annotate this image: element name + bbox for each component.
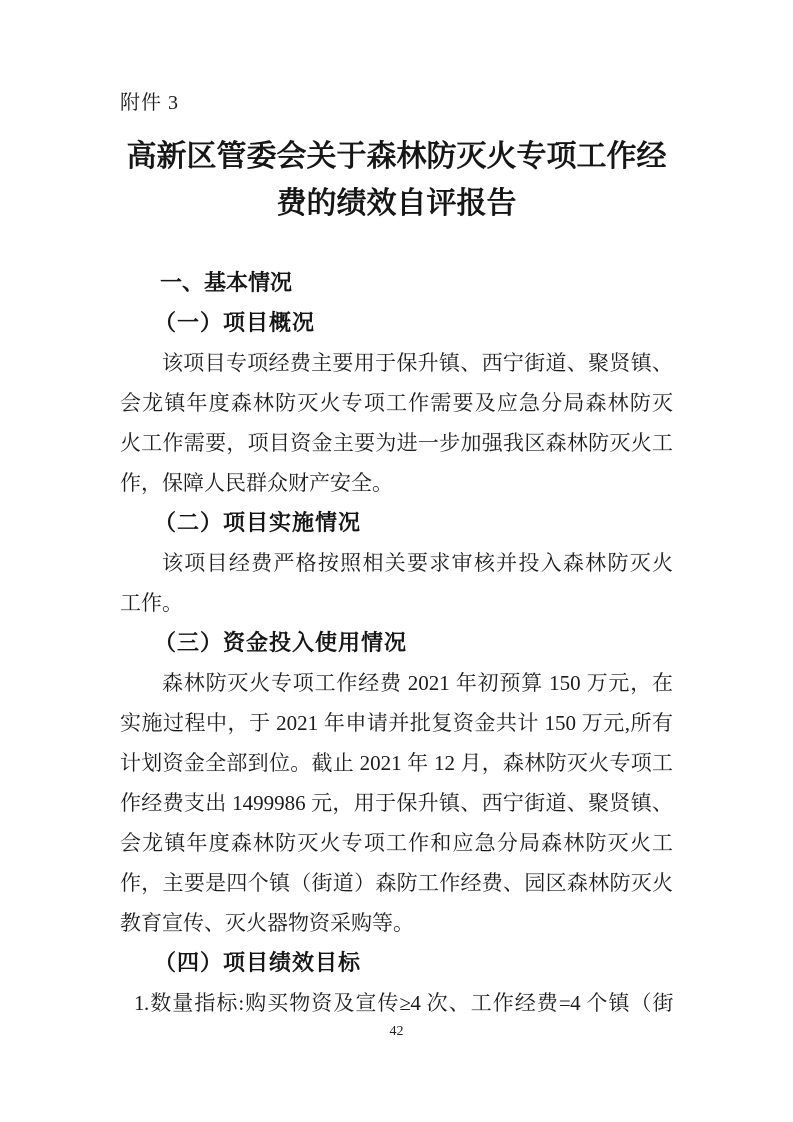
document-title-line-2: 费的绩效自评报告: [60, 180, 733, 227]
paragraph-line: 火工作需要，项目资金主要为进一步加强我区森林防灭火工: [120, 423, 673, 463]
paragraph-line: 会龙镇年度森林防灭火专项工作需要及应急分局森林防灭: [120, 383, 673, 423]
paragraph-line: 作，保障人民群众财产安全。: [120, 463, 673, 503]
paragraph-line: 计划资金全部到位。截止 2021 年 12 月，森林防灭火专项工: [120, 743, 673, 783]
subsection-heading: （四）项目绩效目标: [120, 943, 673, 983]
attachment-label: 附件 3: [120, 88, 179, 118]
page-number: 42: [0, 1022, 793, 1042]
paragraph-line: 该项目专项经费主要用于保升镇、西宁街道、聚贤镇、: [120, 343, 673, 383]
paragraph-line: 会龙镇年度森林防灭火专项工作和应急分局森林防灭火工: [120, 823, 673, 863]
document-title-line-1: 高新区管委会关于森林防灭火专项工作经: [60, 133, 733, 180]
subsection-heading: （一）项目概况: [120, 303, 673, 343]
document-title: 高新区管委会关于森林防灭火专项工作经 费的绩效自评报告: [60, 133, 733, 227]
paragraph-line: 森林防灭火专项工作经费 2021 年初预算 150 万元，在: [120, 663, 673, 703]
paragraph-line: 1.数量指标:购买物资及宣传≥4 次、工作经费=4 个镇（街: [120, 983, 673, 1023]
paragraph-line: 作经费支出 1499986 元，用于保升镇、西宁街道、聚贤镇、: [120, 783, 673, 823]
document-body: 一、基本情况（一）项目概况该项目专项经费主要用于保升镇、西宁街道、聚贤镇、会龙镇…: [120, 263, 673, 1023]
subsection-heading: （二）项目实施情况: [120, 503, 673, 543]
paragraph-line: 教育宣传、灭火器物资采购等。: [120, 903, 673, 943]
paragraph-line: 工作。: [120, 583, 673, 623]
paragraph-line: 该项目经费严格按照相关要求审核并投入森林防灭火: [120, 543, 673, 583]
document-page: 附件 3 高新区管委会关于森林防灭火专项工作经 费的绩效自评报告 一、基本情况（…: [0, 0, 793, 1122]
paragraph-line: 实施过程中，于 2021 年申请并批复资金共计 150 万元,所有: [120, 703, 673, 743]
subsection-heading: （三）资金投入使用情况: [120, 623, 673, 663]
section-heading: 一、基本情况: [120, 263, 673, 303]
paragraph-line: 作，主要是四个镇（街道）森防工作经费、园区森林防灭火: [120, 863, 673, 903]
